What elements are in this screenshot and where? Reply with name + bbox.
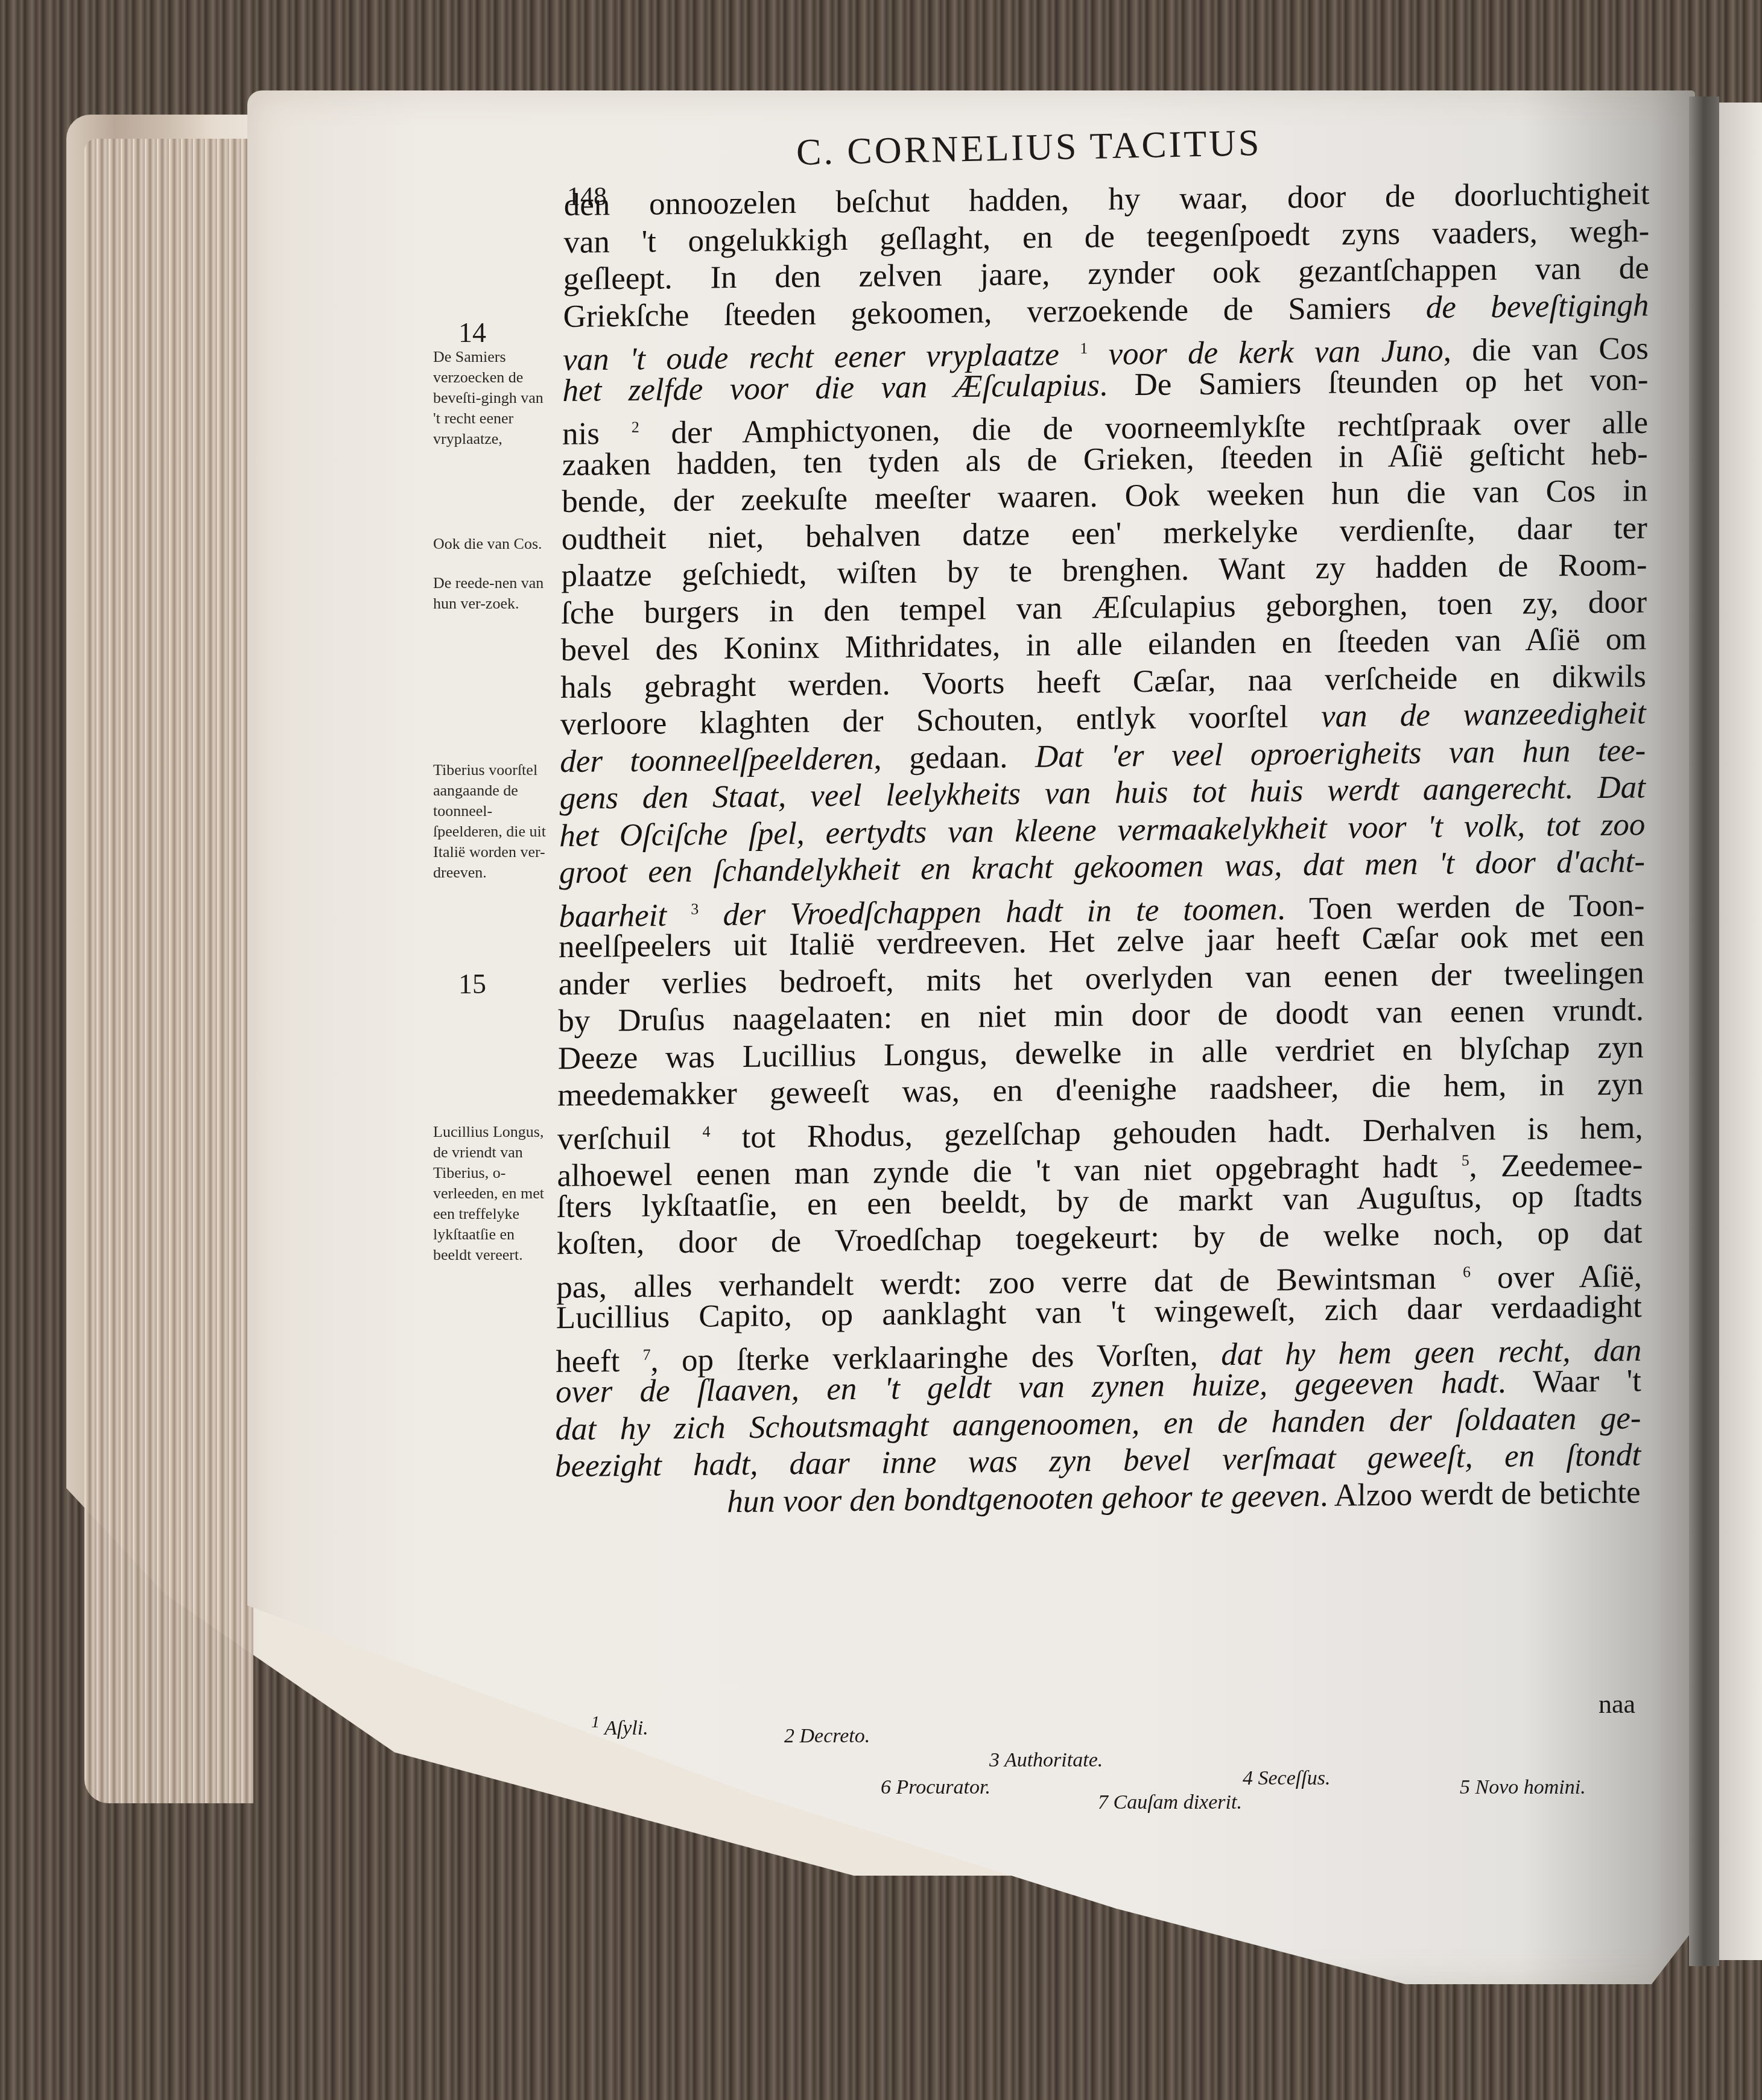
margin-note-lucillius: Lucillius Longus, de vriendt van Tiberiu… [433,1122,554,1265]
body-text: den onnoozelen beſchut hadden, hy waar, … [555,176,1650,1522]
footnote-3: 3 Authoritate. [989,1749,1103,1772]
footnotes: 1 Aſyli. 2 Decreto. 3 Authoritate. 4 Sec… [579,1701,1641,1809]
footnote-2: 2 Decreto. [784,1725,870,1748]
book-gutter [1689,96,1719,1966]
footnote-7: 7 Cauſam dixerit. [1098,1791,1242,1814]
margin-note-cos: Ook die van Cos. [433,534,554,554]
margin-note-samiers: De Samiers verzoecken de beveſti-gingh v… [433,347,554,449]
margin-note-reedenen: De reede-nen van hun ver-zoek. [433,573,554,614]
page-edges [84,139,253,1803]
margin-note-tiberius: Tiberius voorſtel aangaande de toonneel-… [433,760,554,883]
footnote-1: 1 Aſyli. [591,1713,648,1740]
footnote-6: 6 Procurator. [881,1776,990,1799]
footnote-5: 5 Novo homini. [1460,1776,1586,1799]
section-number-15: 15 [458,968,486,1000]
footnote-4: 4 Seceſſus. [1243,1767,1330,1790]
facing-page-edge [1719,103,1762,1960]
section-number-14: 14 [458,317,486,349]
